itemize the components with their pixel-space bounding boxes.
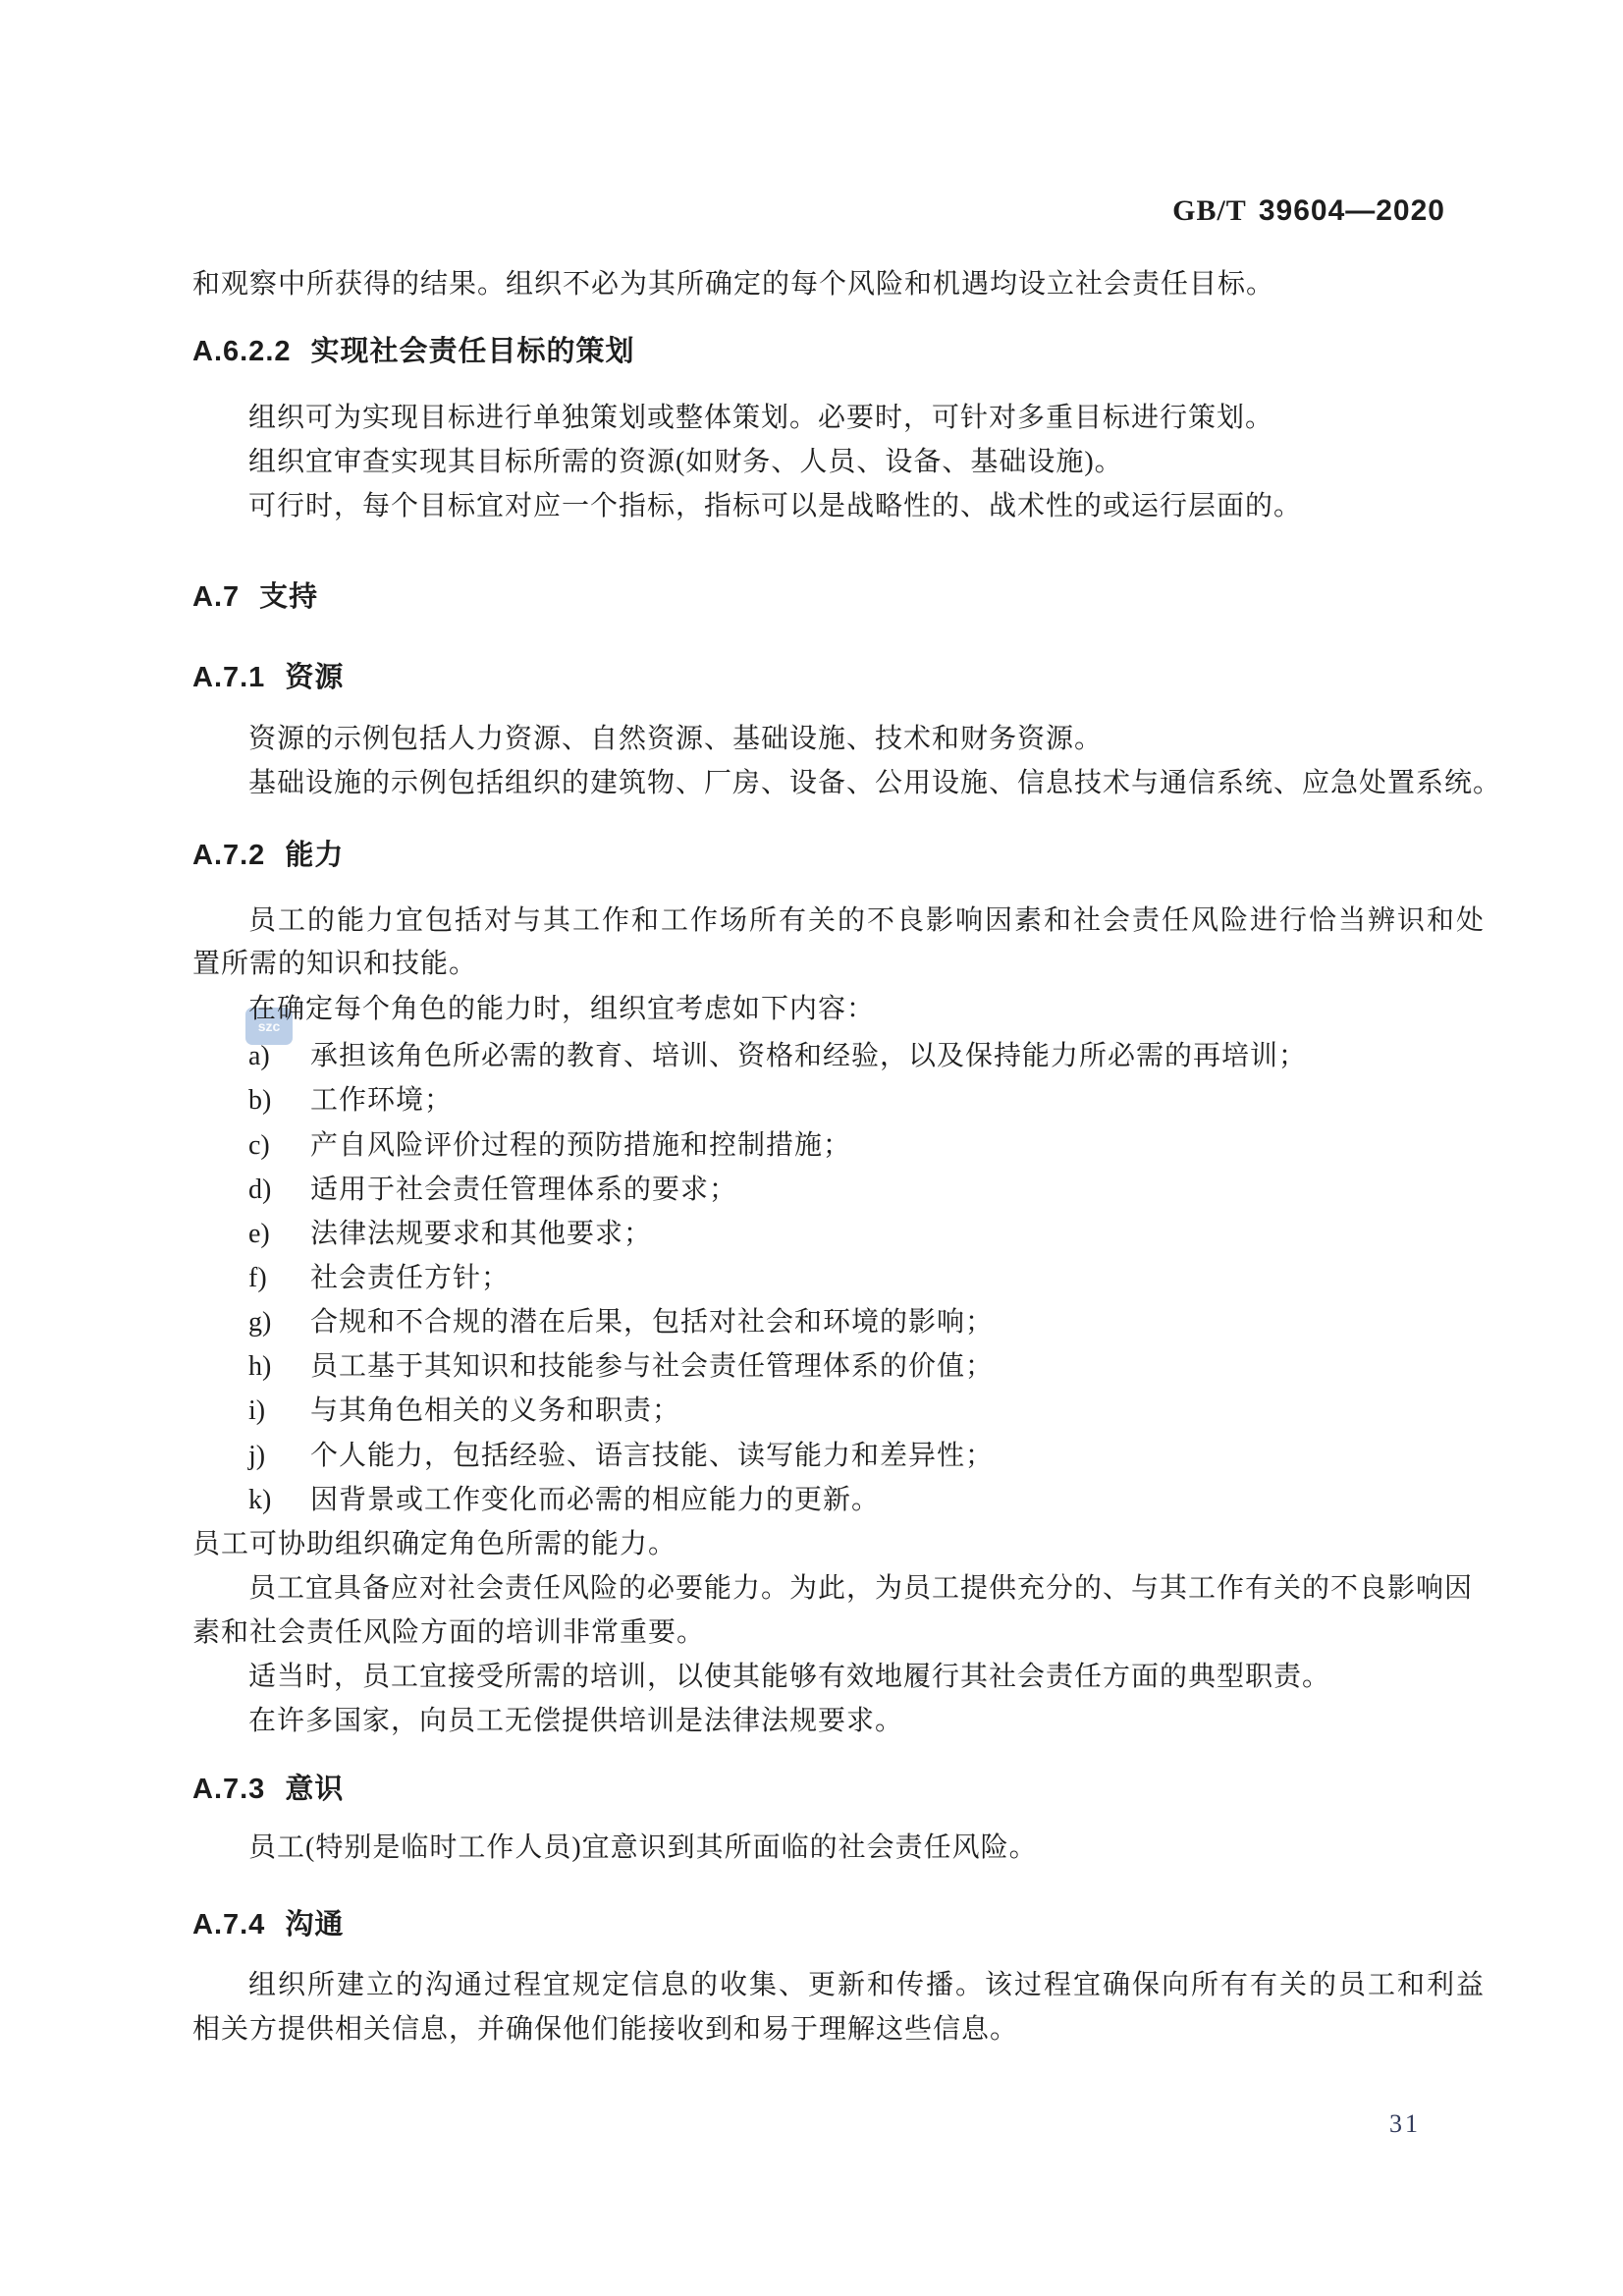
standard-code: GB/T39604—2020 [1172,194,1445,228]
paragraph-line: 相关方提供相关信息，并确保他们能接收到和易于理解这些信息。 [192,2012,1018,2048]
paragraph: 在许多国家，向员工无偿提供培训是法律法规要求。 [248,1704,903,1739]
list-item-text: 个人能力，包括经验、语言技能、读写能力和差异性； [310,1441,994,1471]
list-item: c)产自风险评价过程的预防措施和控制措施； [248,1128,851,1164]
heading-a71-title: 资源 [285,662,344,693]
heading-a622: A.6.2.2实现社会责任目标的策划 [192,334,635,369]
paragraph: 基础设施的示例包括组织的建筑物、厂房、设备、公用设施、信息技术与通信系统、应急处… [248,766,1501,801]
paragraph-continuation: 和观察中所获得的结果。组织不必为其所确定的每个风险和机遇均设立社会责任目标。 [192,267,1274,302]
paragraph: 可行时，每个目标宜对应一个指标，指标可以是战略性的、战术性的或运行层面的。 [248,489,1302,524]
list-item-text: 合规和不合规的潜在后果，包括对社会和环境的影响； [310,1307,994,1338]
paragraph: 组织可为实现目标进行单独策划或整体策划。必要时，可针对多重目标进行策划。 [248,401,1273,436]
list-item-text: 适用于社会责任管理体系的要求； [310,1175,737,1205]
list-item-label: j) [248,1439,310,1474]
list-item: d)适用于社会责任管理体系的要求； [248,1173,737,1208]
paragraph-line: 员工宜具备应对社会责任风险的必要能力。为此，为员工提供充分的、与其工作有关的不良… [248,1571,1473,1607]
list-item: a)承担该角色所必需的教育、培训、资格和经验，以及保持能力所必需的再培训； [248,1039,1307,1074]
paragraph-line: 组织所建立的沟通过程宜规定信息的收集、更新和传播。该过程宜确保向所有有关的员工和… [248,1968,1486,2003]
paragraph: 员工(特别是临时工作人员)宜意识到其所面临的社会责任风险。 [248,1831,1038,1866]
list-item-label: b) [248,1083,310,1119]
heading-a73-number: A.7.3 [192,1774,265,1805]
heading-a72: A.7.2能力 [192,838,344,873]
paragraph: 员工可协助组织确定角色所需的能力。 [192,1527,676,1562]
list-item: k)因背景或工作变化而必需的相应能力的更新。 [248,1483,880,1518]
list-item: i)与其角色相关的义务和职责； [248,1394,680,1429]
heading-a73-title: 意识 [285,1774,344,1805]
list-item-text: 因背景或工作变化而必需的相应能力的更新。 [310,1485,880,1515]
list-item-label: c) [248,1128,310,1164]
heading-a7: A.7支持 [192,579,318,615]
list-item: e)法律法规要求和其他要求； [248,1217,652,1252]
document-page: szc GB/T39604—2020 和观察中所获得的结果。组织不必为其所确定的… [0,0,1623,2296]
heading-a622-number: A.6.2.2 [192,336,292,367]
heading-a74-title: 沟通 [285,1909,344,1941]
list-item-text: 社会责任方针； [310,1263,510,1293]
heading-a71-number: A.7.1 [192,662,265,693]
heading-a71: A.7.1资源 [192,660,344,695]
list-item: h)员工基于其知识和技能参与社会责任管理体系的价值； [248,1349,994,1385]
standard-code-number: 39604—2020 [1259,194,1445,227]
heading-a7-number: A.7 [192,581,240,613]
standard-code-prefix: GB/T [1172,194,1247,227]
list-item-label: h) [248,1349,310,1385]
list-item: j)个人能力，包括经验、语言技能、读写能力和差异性； [248,1439,994,1474]
list-item-label: g) [248,1305,310,1340]
heading-a72-title: 能力 [285,840,344,871]
list-item: f)社会责任方针； [248,1261,510,1296]
list-item-label: a) [248,1039,310,1074]
list-item-text: 员工基于其知识和技能参与社会责任管理体系的价值； [310,1351,994,1382]
list-item-label: d) [248,1173,310,1208]
list-item-text: 工作环境； [310,1085,453,1116]
list-item-text: 承担该角色所必需的教育、培训、资格和经验，以及保持能力所必需的再培训； [310,1041,1307,1071]
list-item-label: e) [248,1217,310,1252]
heading-a622-title: 实现社会责任目标的策划 [311,336,635,367]
list-item: b)工作环境； [248,1083,453,1119]
paragraph-line: 置所需的知识和技能。 [192,947,477,982]
list-item-label: k) [248,1483,310,1518]
paragraph: 在确定每个角色的能力时，组织宜考虑如下内容： [248,992,875,1027]
heading-a72-number: A.7.2 [192,840,265,871]
list-item-text: 法律法规要求和其他要求； [310,1219,652,1249]
list-item: g)合规和不合规的潜在后果，包括对社会和环境的影响； [248,1305,994,1340]
list-item-label: i) [248,1394,310,1429]
paragraph-line: 员工的能力宜包括对与其工作和工作场所有关的不良影响因素和社会责任风险进行恰当辨识… [248,903,1486,939]
heading-a73: A.7.3意识 [192,1772,344,1807]
list-item-text: 产自风险评价过程的预防措施和控制措施； [310,1130,851,1161]
heading-a7-title: 支持 [259,581,318,613]
paragraph: 组织宜审查实现其目标所需的资源(如财务、人员、设备、基础设施)。 [248,445,1123,480]
heading-a74-number: A.7.4 [192,1909,265,1941]
page-number: 31 [1389,2109,1421,2139]
paragraph: 适当时，员工宜接受所需的培训，以使其能够有效地履行其社会责任方面的典型职责。 [248,1660,1330,1695]
list-item-label: f) [248,1261,310,1296]
paragraph-line: 素和社会责任风险方面的培训非常重要。 [192,1615,705,1651]
heading-a74: A.7.4沟通 [192,1907,344,1942]
list-item-text: 与其角色相关的义务和职责； [310,1395,680,1426]
paragraph: 资源的示例包括人力资源、自然资源、基础设施、技术和财务资源。 [248,722,1103,757]
